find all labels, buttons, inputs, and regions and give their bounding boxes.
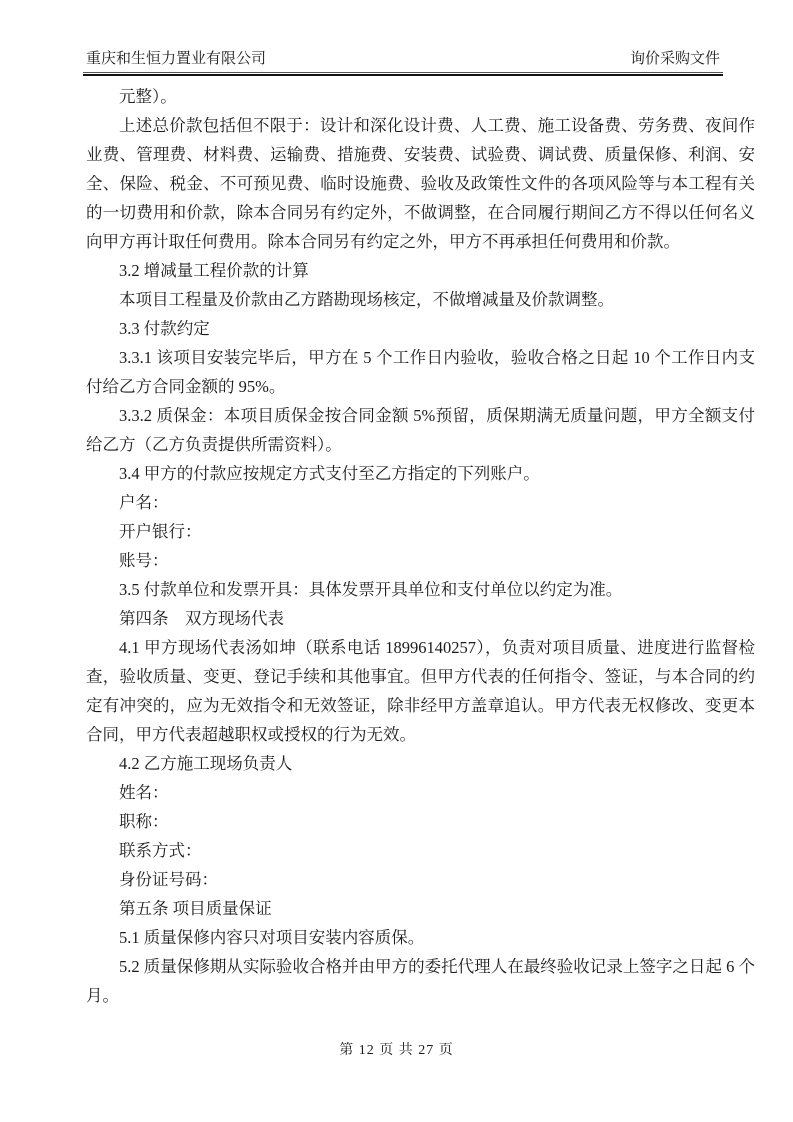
paragraph-total-price-scope: 上述总价款包括但不限于：设计和深化设计费、人工费、施工设备费、劳务费、夜间作业费… <box>86 111 755 256</box>
header-rule <box>83 74 723 76</box>
clause-3-3-1: 3.3.1 该项目安装完毕后，甲方在 5 个工作日内验收，验收合格之日起 10 … <box>86 343 755 401</box>
field-id-number-label: 身份证号码： <box>86 865 755 894</box>
clause-3-4: 3.4 甲方的付款应按规定方式支付至乙方指定的下列账户。 <box>86 459 755 488</box>
clause-3-3-2: 3.3.2 质保金：本项目质保金按合同金额 5%预留，质保期满无质量问题，甲方全… <box>86 401 755 459</box>
clause-4-2-heading: 4.2 乙方施工现场负责人 <box>86 749 755 778</box>
clause-5-1: 5.1 质量保修内容只对项目安装内容质保。 <box>86 923 755 952</box>
header-row: 重庆和生恒力置业有限公司 询价采购文件 <box>83 50 723 73</box>
clause-3-5: 3.5 付款单位和发票开具：具体发票开具单位和支付单位以约定为准。 <box>86 575 755 604</box>
field-contact-label: 联系方式： <box>86 836 755 865</box>
field-account-name-label: 户名： <box>86 488 755 517</box>
page-header: 重庆和生恒力置业有限公司 询价采购文件 <box>83 50 723 76</box>
document-page: 重庆和生恒力置业有限公司 询价采购文件 元整）。 上述总价款包括但不限于：设计和… <box>0 0 793 1122</box>
clause-5-2: 5.2 质量保修期从实际验收合格并由甲方的委托代理人在最终验收记录上签字之日起 … <box>86 952 755 1010</box>
clause-3-2-heading: 3.2 增减量工程价款的计算 <box>86 256 755 285</box>
article-5-heading: 第五条 项目质量保证 <box>86 894 755 923</box>
field-job-title-label: 职称： <box>86 807 755 836</box>
field-name-label: 姓名： <box>86 778 755 807</box>
article-4-heading: 第四条 双方现场代表 <box>86 604 755 633</box>
paragraph-amount-in-words: 元整）。 <box>86 82 755 111</box>
clause-3-3-heading: 3.3 付款约定 <box>86 314 755 343</box>
header-company-name: 重庆和生恒力置业有限公司 <box>86 50 266 69</box>
clause-3-2-body: 本项目工程量及价款由乙方踏勘现场核定，不做增减量及价款调整。 <box>86 285 755 314</box>
header-doc-type: 询价采购文件 <box>630 50 720 69</box>
page-number-label: 第 12 页 共 27 页 <box>339 1043 454 1058</box>
clause-4-1: 4.1 甲方现场代表汤如坤（联系电话 18996140257），负责对项目质量、… <box>86 633 755 749</box>
page-footer: 第 12 页 共 27 页 <box>0 1039 793 1059</box>
field-bank-name-label: 开户银行： <box>86 517 755 546</box>
document-body: 元整）。 上述总价款包括但不限于：设计和深化设计费、人工费、施工设备费、劳务费、… <box>86 82 755 1010</box>
field-account-number-label: 账号： <box>86 546 755 575</box>
